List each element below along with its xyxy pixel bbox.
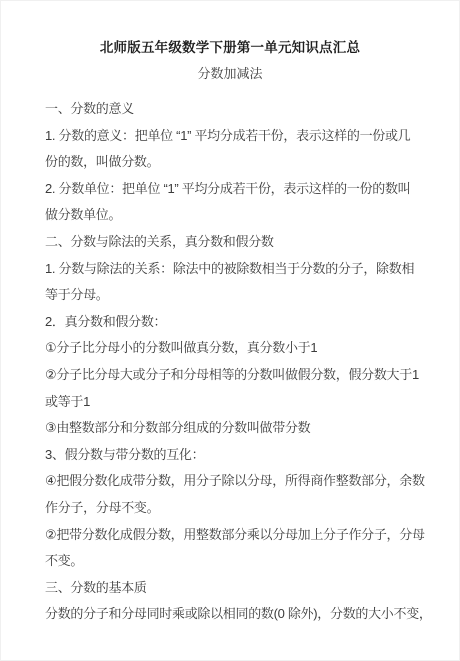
document-line: 1. 分数的意义：把单位 “1” 平均分成若干份，表示这样的一份或几 bbox=[45, 123, 431, 150]
document-title: 北师版五年级数学下册第一单元知识点汇总 bbox=[21, 38, 439, 58]
document-line: 不变。 bbox=[45, 548, 431, 575]
document-line: 等于分母。 bbox=[45, 282, 431, 309]
document-line: 一、分数的意义 bbox=[45, 96, 431, 123]
document-line: 三、分数的基本质 bbox=[45, 575, 431, 602]
document-line: ①分子比分母小的分数叫做真分数，真分数小于1 bbox=[45, 335, 431, 362]
document-line: ③由整数部分和分数部分组成的分数叫做带分数 bbox=[45, 415, 431, 442]
document-line: 二、分数与除法的关系，真分数和假分数 bbox=[45, 229, 431, 256]
document-line: 1. 分数与除法的关系：除法中的被除数相当于分数的分子，除数相 bbox=[45, 256, 431, 283]
document-line: 2．真分数和假分数： bbox=[45, 309, 431, 336]
document-line: 分数的分子和分母同时乘或除以相同的数(0 除外)，分数的大小不变， bbox=[45, 601, 431, 628]
document-line: 3、假分数与带分数的互化： bbox=[45, 442, 431, 469]
document-line: 或等于1 bbox=[45, 389, 431, 416]
document-line: ②分子比分母大或分子和分母相等的分数叫做假分数，假分数大于1 bbox=[45, 362, 431, 389]
document-body: 一、分数的意义1. 分数的意义：把单位 “1” 平均分成若干份，表示这样的一份或… bbox=[1, 96, 459, 628]
document-line: ②把带分数化成假分数，用整数部分乘以分母加上分子作分子，分母 bbox=[45, 522, 431, 549]
document-line: ④把假分数化成带分数，用分子除以分母，所得商作整数部分，余数 bbox=[45, 468, 431, 495]
document-line: 做分数单位。 bbox=[45, 202, 431, 229]
document-line: 作分子，分母不变。 bbox=[45, 495, 431, 522]
document-subtitle: 分数加减法 bbox=[21, 64, 439, 84]
document-line: 2. 分数单位：把单位 “1” 平均分成若干份，表示这样的一份的数叫 bbox=[45, 176, 431, 203]
document-line: 份的数，叫做分数。 bbox=[45, 149, 431, 176]
document-page: 北师版五年级数学下册第一单元知识点汇总 分数加减法 一、分数的意义1. 分数的意… bbox=[0, 0, 460, 661]
